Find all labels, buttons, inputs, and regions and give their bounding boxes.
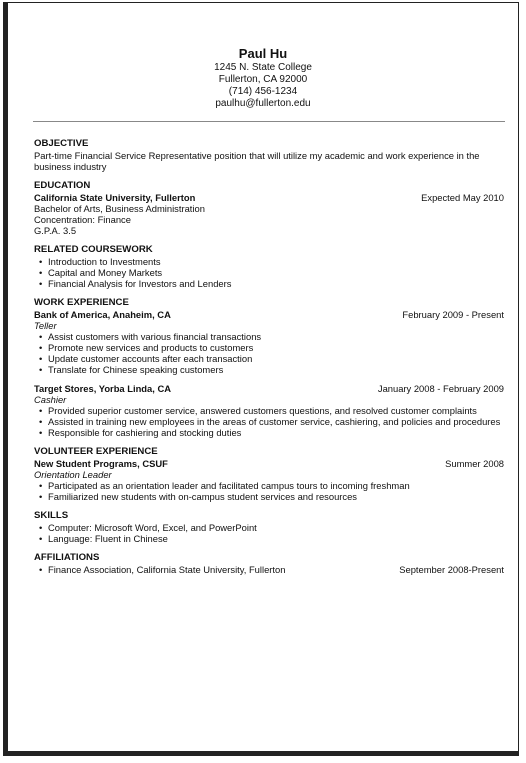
coursework-list: •Introduction to Investments •Capital an…	[34, 256, 504, 289]
address-line-1: 1245 N. State College	[8, 62, 518, 74]
section-title: RELATED COURSEWORK	[34, 244, 504, 255]
coursework-section: RELATED COURSEWORK •Introduction to Inve…	[34, 244, 504, 289]
list-item: •Introduction to Investments	[34, 256, 504, 267]
bullet-icon: •	[39, 353, 42, 364]
phone-number: (714) 456-1234	[8, 86, 518, 98]
email-address: paulhu@fullerton.edu	[8, 98, 518, 110]
work-section: WORK EXPERIENCE Bank of America, Anaheim…	[34, 297, 504, 438]
bullet-icon: •	[39, 342, 42, 353]
resume-body: OBJECTIVE Part-time Financial Service Re…	[34, 138, 504, 583]
duties-list: •Provided superior customer service, ans…	[34, 405, 504, 438]
graduation-date: Expected May 2010	[421, 192, 504, 203]
job-dates: February 2009 - Present	[402, 309, 504, 320]
bullet-icon: •	[39, 491, 42, 502]
skills-section: SKILLS •Computer: Microsoft Word, Excel,…	[34, 510, 504, 544]
list-item: •Assist customers with various financial…	[34, 331, 504, 342]
applicant-name: Paul Hu	[8, 46, 518, 62]
bullet-icon: •	[39, 278, 42, 289]
section-title: VOLUNTEER EXPERIENCE	[34, 446, 504, 457]
objective-section: OBJECTIVE Part-time Financial Service Re…	[34, 138, 504, 172]
skills-list: •Computer: Microsoft Word, Excel, and Po…	[34, 522, 504, 544]
bullet-icon: •	[39, 331, 42, 342]
volunteer-role: Orientation Leader	[34, 469, 504, 480]
job-dates: January 2008 - February 2009	[378, 383, 504, 394]
affiliation-dates: September 2008-Present	[399, 564, 504, 575]
section-title: EDUCATION	[34, 180, 504, 191]
list-item: •Computer: Microsoft Word, Excel, and Po…	[34, 522, 504, 533]
header-divider	[33, 121, 505, 122]
section-title: WORK EXPERIENCE	[34, 297, 504, 308]
list-item: • Finance Association, California State …	[34, 564, 504, 575]
employer-name: Target Stores, Yorba Linda, CA	[34, 383, 171, 394]
section-title: OBJECTIVE	[34, 138, 504, 149]
bullet-icon: •	[39, 267, 42, 278]
address-line-2: Fullerton, CA 92000	[8, 74, 518, 86]
employer-name: Bank of America, Anaheim, CA	[34, 309, 171, 320]
bullet-icon: •	[39, 427, 42, 438]
list-item: •Assisted in training new employees in t…	[34, 416, 504, 427]
section-title: AFFILIATIONS	[34, 552, 504, 563]
volunteer-section: VOLUNTEER EXPERIENCE New Student Program…	[34, 446, 504, 502]
list-item: •Participated as an orientation leader a…	[34, 480, 504, 491]
volunteer-dates: Summer 2008	[445, 458, 504, 469]
list-item: •Translate for Chinese speaking customer…	[34, 364, 504, 375]
education-row: California State University, Fullerton E…	[34, 192, 504, 203]
list-item: •Promote new services and products to cu…	[34, 342, 504, 353]
job-entry: Bank of America, Anaheim, CA February 20…	[34, 309, 504, 375]
bullet-icon: •	[39, 364, 42, 375]
gpa: G.P.A. 3.5	[34, 225, 504, 236]
concentration: Concentration: Finance	[34, 214, 504, 225]
job-role: Teller	[34, 320, 504, 331]
resume-header: Paul Hu 1245 N. State College Fullerton,…	[8, 46, 518, 110]
list-item: •Provided superior customer service, ans…	[34, 405, 504, 416]
organization-name: New Student Programs, CSUF	[34, 458, 168, 469]
bullet-icon: •	[39, 522, 42, 533]
bullet-icon: •	[39, 405, 42, 416]
education-section: EDUCATION California State University, F…	[34, 180, 504, 236]
list-item: •Financial Analysis for Investors and Le…	[34, 278, 504, 289]
resume-page: Paul Hu 1245 N. State College Fullerton,…	[3, 2, 519, 756]
bullet-icon: •	[39, 564, 42, 575]
job-role: Cashier	[34, 394, 504, 405]
list-item: •Responsible for cashiering and stocking…	[34, 427, 504, 438]
bullet-icon: •	[39, 533, 42, 544]
bullet-icon: •	[39, 480, 42, 491]
objective-text: Part-time Financial Service Representati…	[34, 150, 504, 172]
school-name: California State University, Fullerton	[34, 192, 195, 203]
list-item: •Language: Fluent in Chinese	[34, 533, 504, 544]
section-title: SKILLS	[34, 510, 504, 521]
affiliation-name: Finance Association, California State Un…	[48, 564, 285, 575]
bullet-icon: •	[39, 416, 42, 427]
list-item: •Update customer accounts after each tra…	[34, 353, 504, 364]
job-entry: Target Stores, Yorba Linda, CA January 2…	[34, 383, 504, 438]
affiliations-list: • Finance Association, California State …	[34, 564, 504, 575]
list-item: •Capital and Money Markets	[34, 267, 504, 278]
bullet-icon: •	[39, 256, 42, 267]
duties-list: •Assist customers with various financial…	[34, 331, 504, 375]
degree: Bachelor of Arts, Business Administratio…	[34, 203, 504, 214]
affiliations-section: AFFILIATIONS • Finance Association, Cali…	[34, 552, 504, 575]
list-item: •Familiarized new students with on-campu…	[34, 491, 504, 502]
volunteer-duties-list: •Participated as an orientation leader a…	[34, 480, 504, 502]
